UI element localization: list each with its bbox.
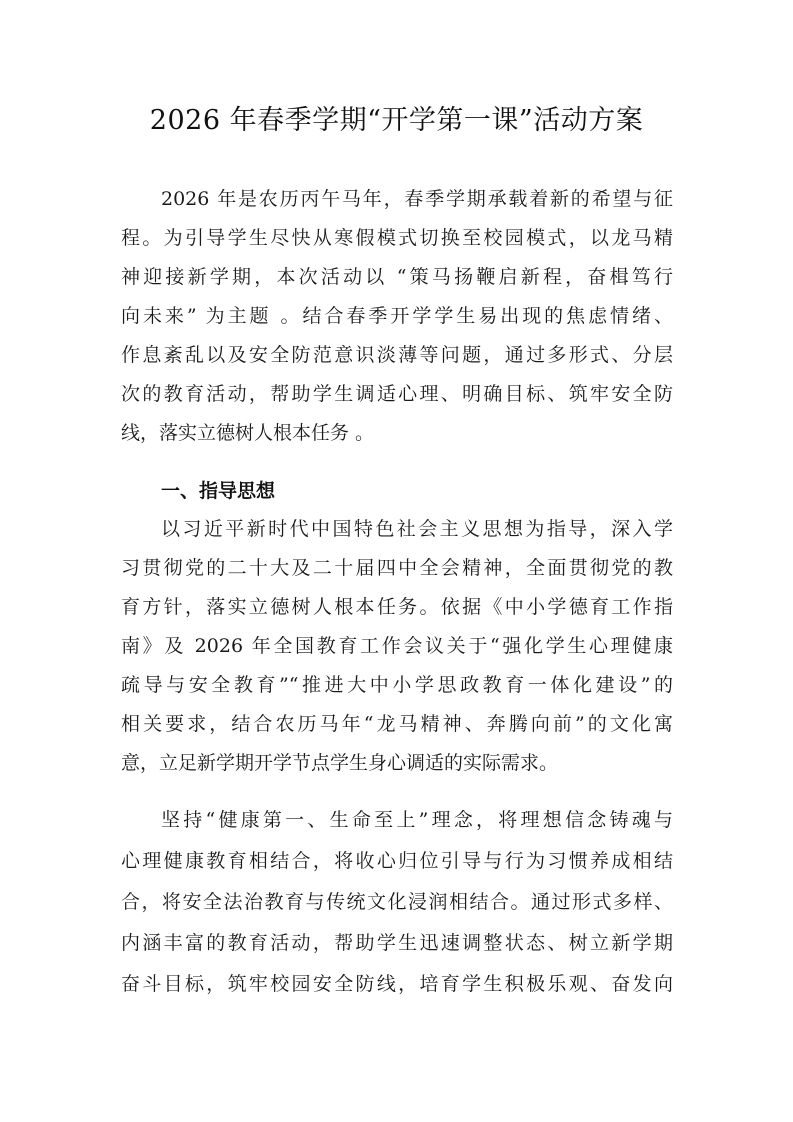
text-line: 相关要求，结合农历马年“龙马精神、奔腾向前”的文化寓 (121, 712, 673, 736)
text-line: 以习近平新时代中国特色社会主义思想为指导，深入学 (161, 517, 673, 541)
text-line: 育方针，落实立德树人根本任务。依据《中小学德育工作指 (121, 595, 673, 619)
document-title: 2026 年春季学期“开学第一课”活动方案 (0, 103, 793, 139)
text-line: 南》及 2026 年全国教育工作会议关于“强化学生心理健康 (121, 634, 673, 658)
text-line: 意，立足新学期开学节点学生身心调适的实际需求。 (121, 751, 673, 775)
document-page: 2026 年春季学期“开学第一课”活动方案 2026 年是农历丙午马年，春季学期… (0, 0, 793, 1122)
text-line: 奋斗目标，筑牢校园安全防线，培育学生积极乐观、奋发向 (121, 972, 673, 996)
text-line: 神迎接新学期，本次活动以 “策马扬鞭启新程，奋楫笃行 (121, 265, 673, 289)
text-line: 习贯彻党的二十大及二十届四中全会精神，全面贯彻党的教 (121, 556, 673, 580)
text-line: 向未来” 为主题 。结合春季开学学生易出现的焦虑情绪、 (121, 304, 673, 328)
text-line: 内涵丰富的教育活动，帮助学生迅速调整状态、树立新学期 (121, 931, 673, 955)
text-line: 2026 年是农历丙午马年，春季学期承载着新的希望与征 (161, 187, 673, 211)
text-line: 程。为引导学生尽快从寒假模式切换至校园模式，以龙马精 (121, 226, 673, 250)
text-line: 作息紊乱以及安全防范意识淡薄等问题，通过多形式、分层 (121, 343, 673, 367)
text-line: 疏导与安全教育”“推进大中小学思政教育一体化建设”的 (121, 673, 673, 697)
text-line: 次的教育活动，帮助学生调适心理、明确目标、筑牢安全防 (121, 382, 673, 406)
section-heading: 一、指导思想 (161, 479, 275, 503)
text-line: 线，落实立德树人根本任务 。 (121, 421, 673, 445)
text-line: 合，将安全法治教育与传统文化浸润相结合。通过形式多样、 (121, 890, 673, 914)
text-line: 心理健康教育相结合，将收心归位引导与行为习惯养成相结 (121, 849, 673, 873)
text-line: 坚持“健康第一、生命至上”理念，将理想信念铸魂与 (161, 808, 673, 832)
